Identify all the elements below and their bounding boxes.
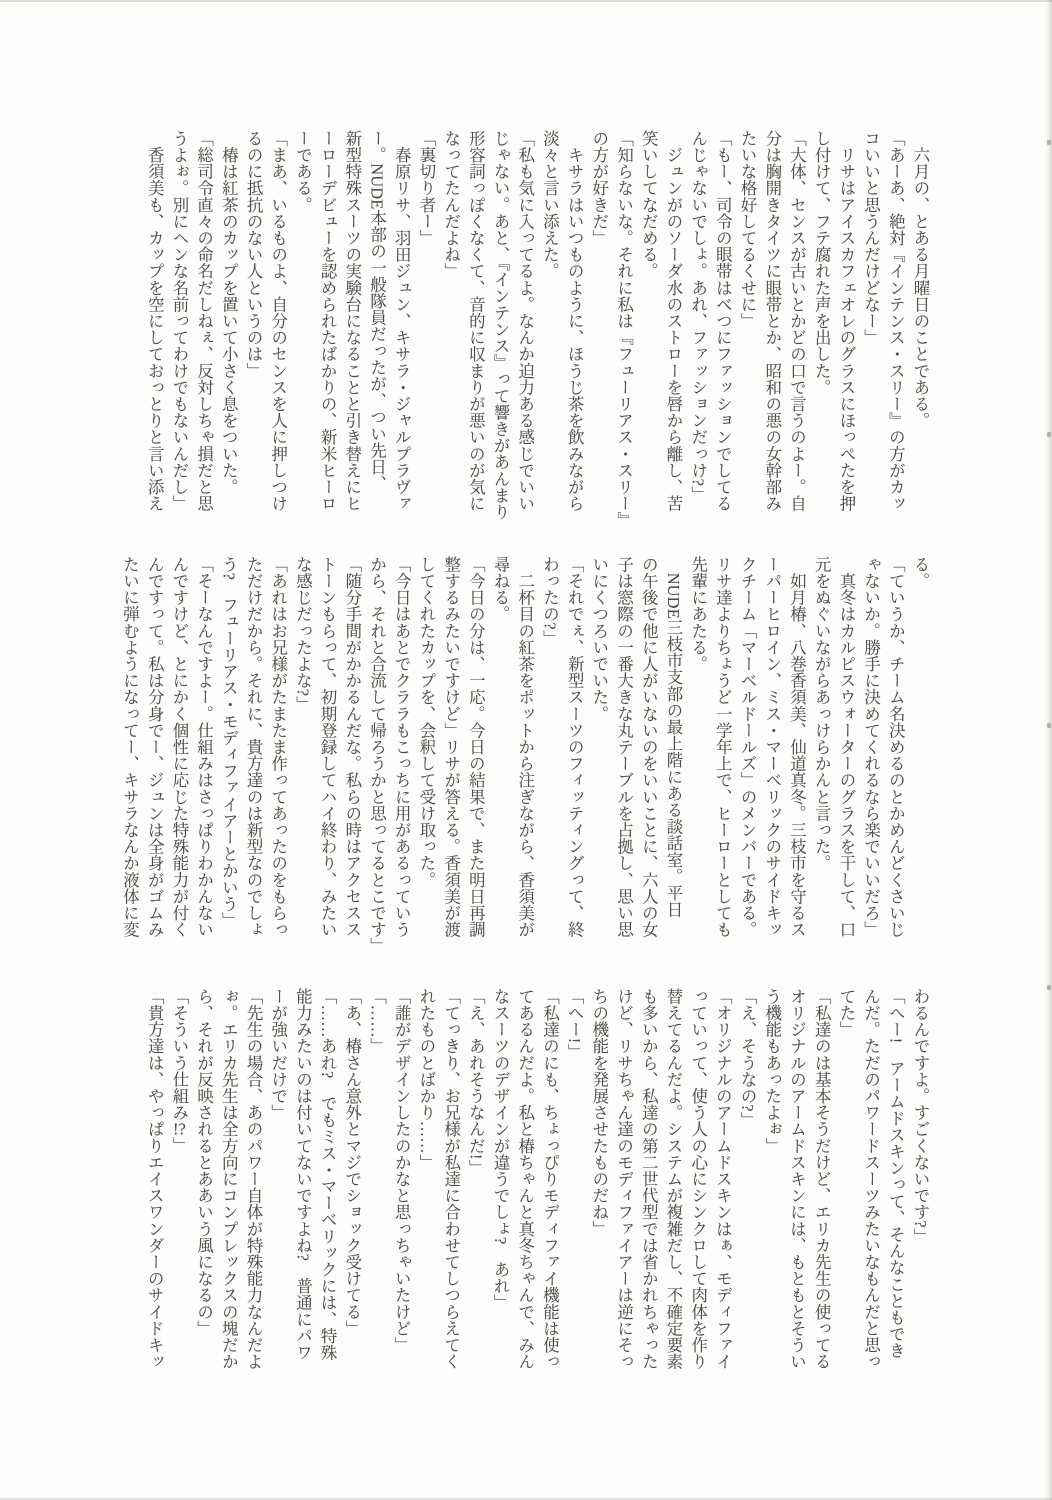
scan-speck — [1047, 140, 1051, 145]
page-edge-shadow — [1045, 0, 1052, 1500]
scan-top-edge — [0, 0, 1052, 2]
novel-page-scan: 六月の、とある月曜日のことである。 「あーあ、絶対『インテンス・スリー』の方がカ… — [0, 0, 1052, 1500]
vertical-text-band-1: 六月の、とある月曜日のことである。 「あーあ、絶対『インテンス・スリー』の方がカ… — [142, 130, 933, 560]
scan-speck — [1047, 432, 1051, 437]
scanned-novel-page-body: { "page": { "background_color": "#fcfcfa… — [0, 0, 1052, 1500]
scan-speck — [1047, 723, 1051, 728]
vertical-text-band-2: る。 「ていうか、チーム名決めるのとかめんどくさいじ ゃないか。勝手に決めてくれ… — [117, 556, 932, 986]
scan-speck — [1047, 985, 1051, 990]
vertical-text-band-3: わるんですよ。すごくないです?」 「へー! アームドスキンって、そんなこともでき… — [142, 988, 933, 1418]
